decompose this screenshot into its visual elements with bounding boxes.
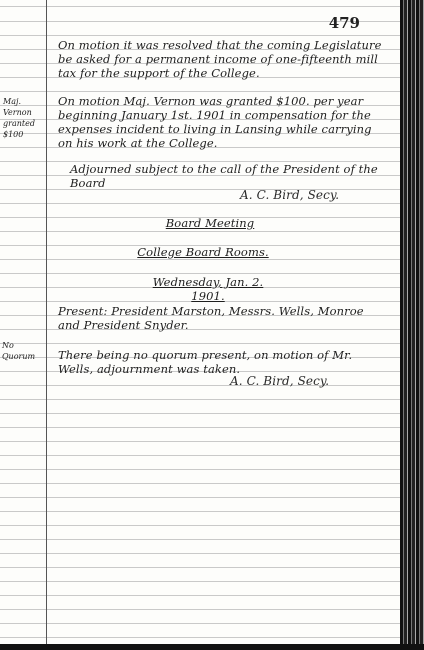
no-quorum-paragraph: There being no quorum present, on motion…: [58, 348, 378, 376]
attendance-paragraph: Present: President Marston, Messrs. Well…: [58, 304, 378, 332]
signature-secretary-2: A. C. Bird, Secy.: [230, 374, 390, 388]
meeting-title: Board Meeting: [145, 216, 275, 230]
margin-rule: [46, 0, 47, 645]
book-binding-edge: [400, 0, 424, 650]
ledger-page: 479 On motion it was resolved that the c…: [0, 0, 402, 645]
page-number: 479: [329, 14, 360, 32]
margin-note-no-quorum: No Quorum: [2, 340, 44, 362]
meeting-place: College Board Rooms.: [118, 245, 288, 259]
signature-secretary-1: A. C. Bird, Secy.: [240, 188, 390, 202]
motion-vernon-paragraph: On motion Maj. Vernon was granted $100. …: [58, 94, 388, 150]
margin-note-vernon: Maj. Vernon granted $100: [3, 96, 43, 140]
page-bottom-edge: [0, 644, 424, 650]
adjourned-statement: Adjourned subject to the call of the Pre…: [70, 162, 390, 190]
meeting-date: Wednesday, Jan. 2. 1901.: [148, 275, 268, 303]
motion-legislature-paragraph: On motion it was resolved that the comin…: [58, 38, 388, 80]
